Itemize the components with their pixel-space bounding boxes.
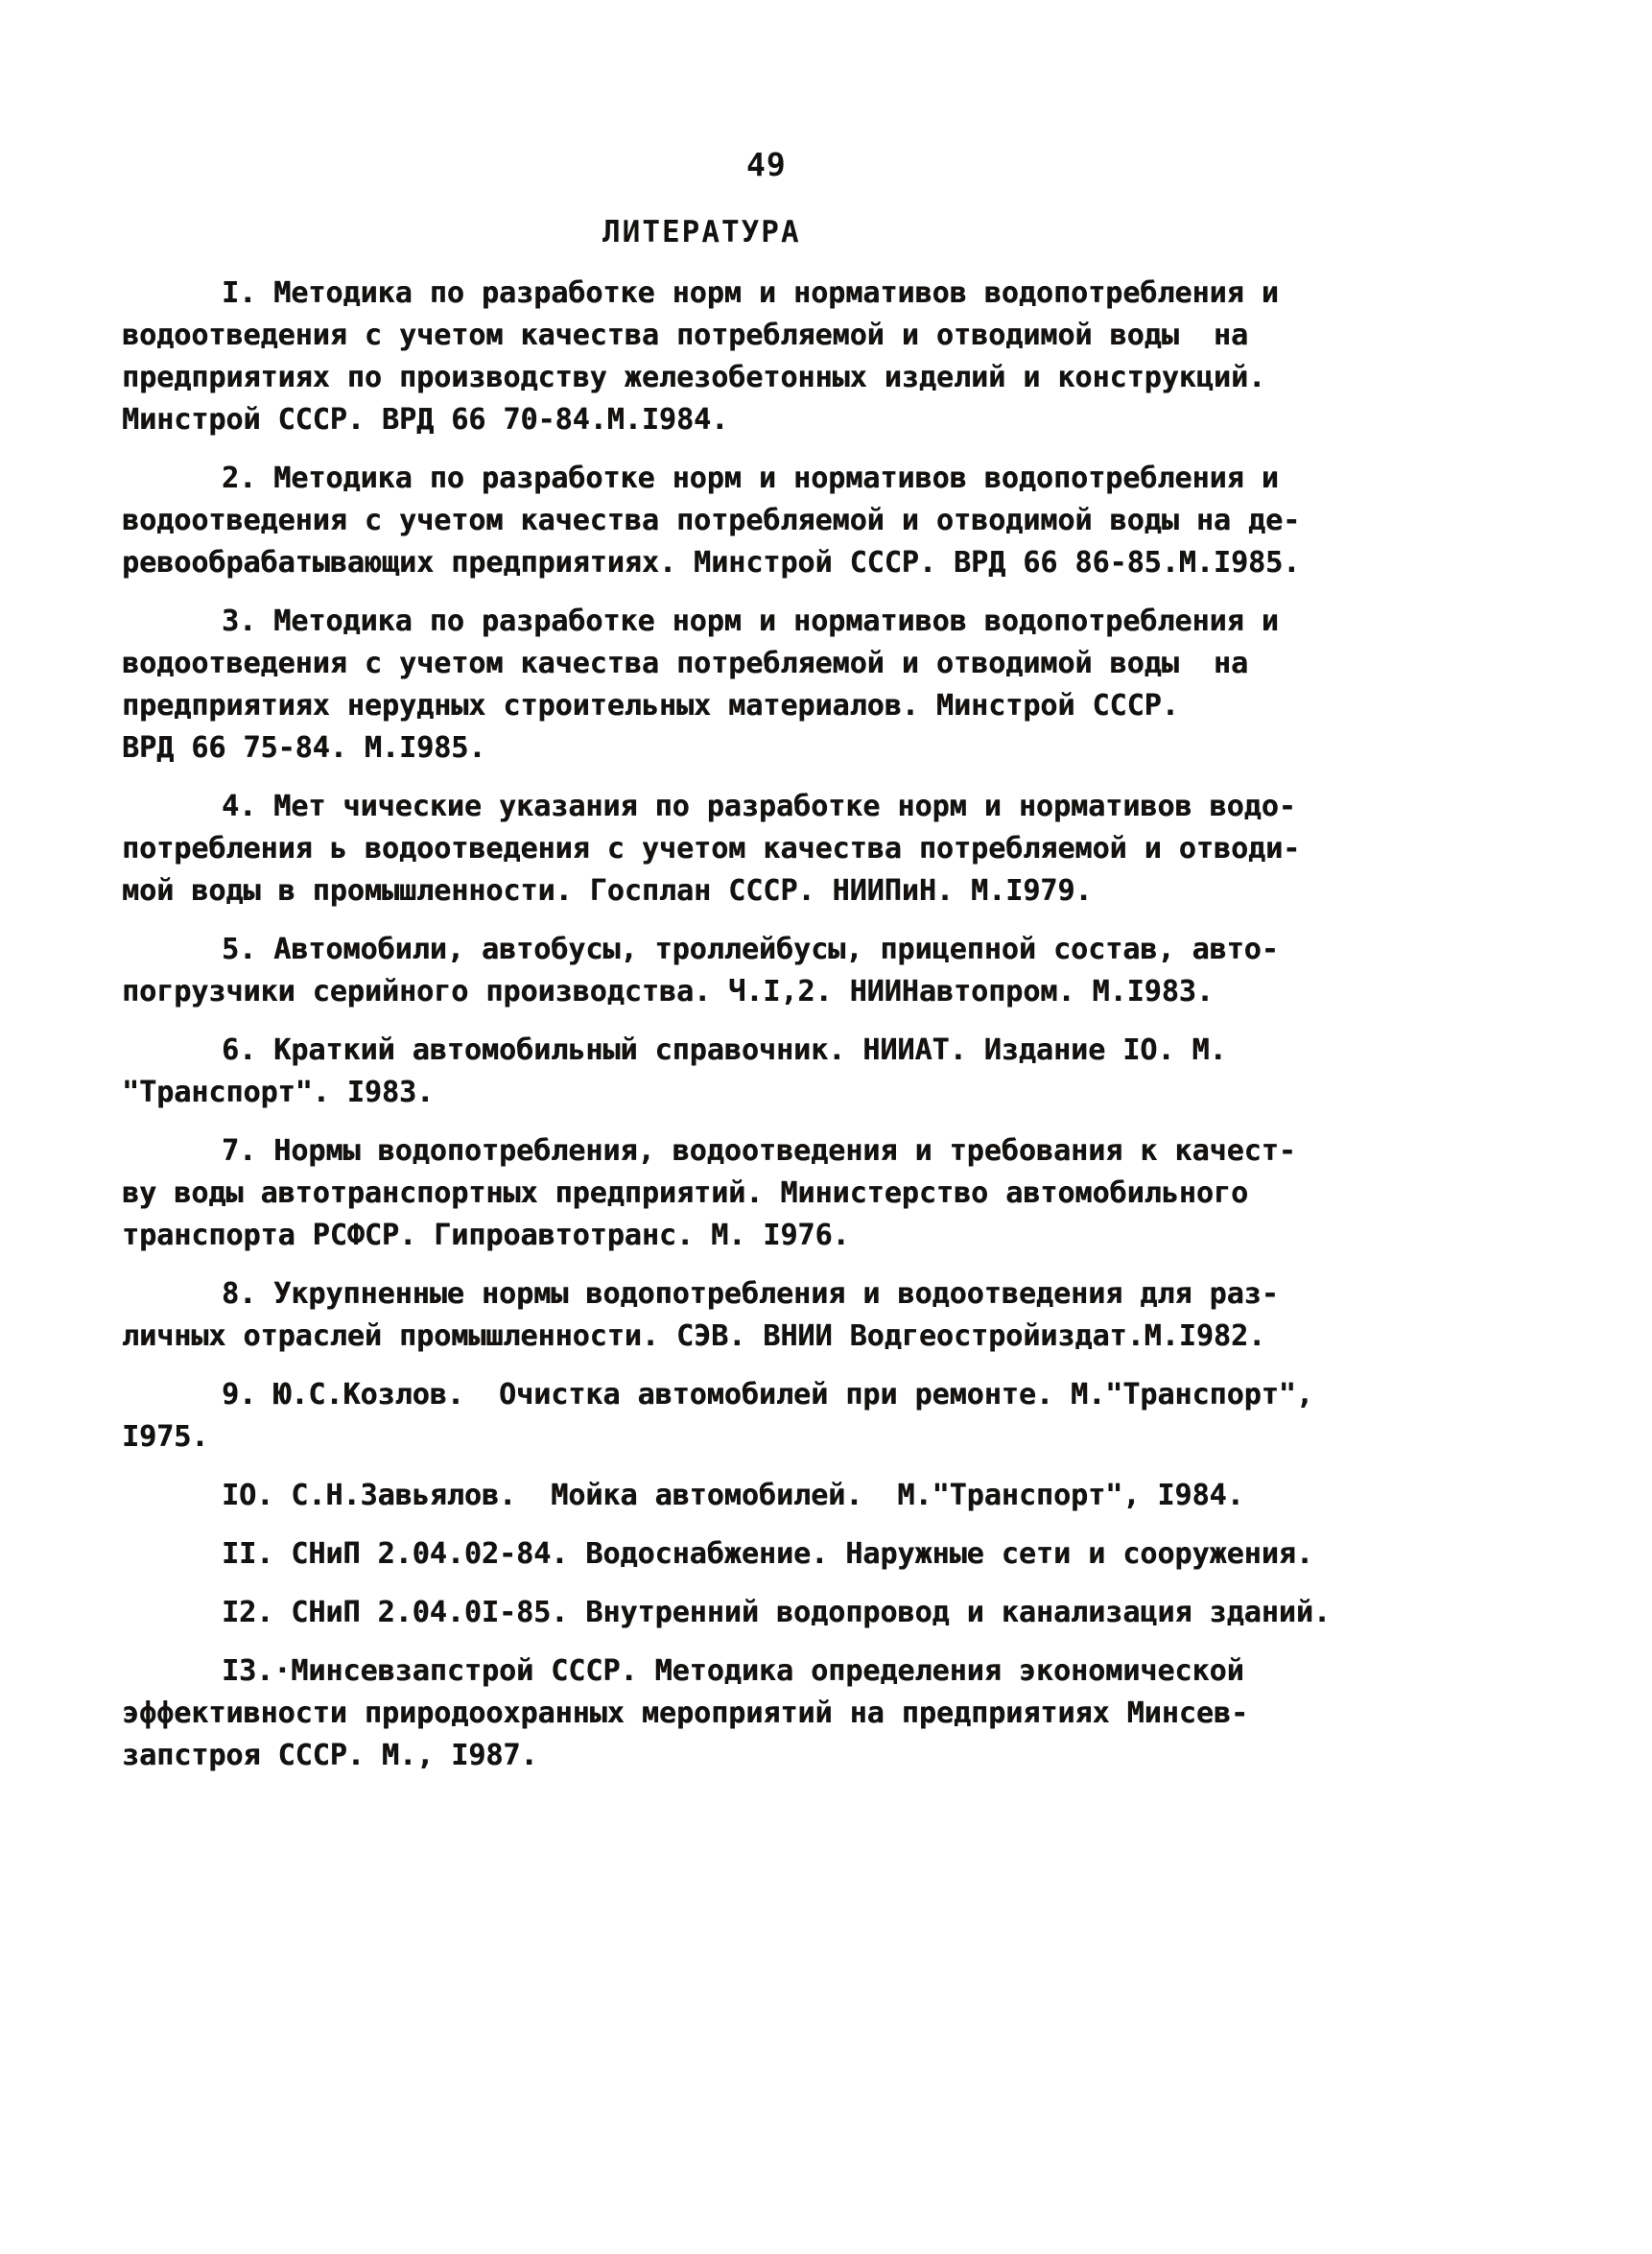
reference-line: II. СНиП 2.04.02-84. Водоснабжение. Нару…: [122, 1533, 1484, 1576]
reference-item-8: 8. Укрупненные нормы водопотребления и в…: [122, 1273, 1484, 1358]
document-title: ЛИТЕРАТУРА: [602, 215, 801, 249]
reference-item-7: 7. Нормы водопотребления, водоотведения …: [122, 1130, 1484, 1257]
reference-line: водоотведения с учетом качества потребля…: [122, 315, 1484, 357]
reference-line: 3. Методика по разработке норм и нормати…: [122, 601, 1484, 643]
reference-item-13: I3.·Минсевзапстрой СССР. Методика опреде…: [122, 1650, 1484, 1777]
reference-line: транспорта РСФСР. Гипроавтотранс. М. I97…: [122, 1215, 1484, 1257]
reference-line: "Транспорт". I983.: [122, 1072, 1484, 1114]
document-page: 49 ЛИТЕРАТУРА I. Методика по разработке …: [0, 0, 1652, 2254]
reference-line: ВРД 66 75-84. М.I985.: [122, 727, 1484, 770]
reference-line: 9. Ю.С.Козлов. Очистка автомобилей при р…: [122, 1374, 1484, 1416]
reference-line: I2. СНиП 2.04.0I-85. Внутренний водопров…: [122, 1592, 1484, 1634]
reference-list: I. Методика по разработке норм и нормати…: [122, 273, 1484, 1793]
reference-line: 8. Укрупненные нормы водопотребления и в…: [122, 1273, 1484, 1316]
reference-line: предприятиях по производству железобетон…: [122, 357, 1484, 399]
reference-line: ву воды автотранспортных предприятий. Ми…: [122, 1173, 1484, 1215]
reference-line: личных отраслей промышленности. СЭВ. ВНИ…: [122, 1316, 1484, 1358]
page-number: 49: [746, 146, 787, 183]
reference-item-6: 6. Краткий автомобильный справочник. НИИ…: [122, 1030, 1484, 1114]
reference-line: 4. Мет чические указания по разработке н…: [122, 786, 1484, 828]
reference-line: мой воды в промышленности. Госплан СССР.…: [122, 870, 1484, 913]
reference-item-2: 2. Методика по разработке норм и нормати…: [122, 458, 1484, 584]
reference-line: запстроя СССР. М., I987.: [122, 1735, 1484, 1777]
reference-line: водоотведения с учетом качества потребля…: [122, 500, 1484, 542]
reference-line: предприятиях нерудных строительных матер…: [122, 685, 1484, 727]
reference-line: I975.: [122, 1416, 1484, 1459]
reference-item-12: I2. СНиП 2.04.0I-85. Внутренний водопров…: [122, 1592, 1484, 1634]
reference-item-3: 3. Методика по разработке норм и нормати…: [122, 601, 1484, 770]
reference-item-4: 4. Мет чические указания по разработке н…: [122, 786, 1484, 913]
reference-item-5: 5. Автомобили, автобусы, троллейбусы, пр…: [122, 929, 1484, 1013]
reference-line: Минстрой СССР. ВРД 66 70-84.М.I984.: [122, 399, 1484, 441]
reference-line: потребления ь водоотведения с учетом кач…: [122, 828, 1484, 870]
reference-line: погрузчики серийного производства. Ч.I,2…: [122, 971, 1484, 1013]
reference-item-10: IO. С.Н.Завьялов. Мойка автомобилей. М."…: [122, 1475, 1484, 1517]
reference-line: 2. Методика по разработке норм и нормати…: [122, 458, 1484, 500]
reference-line: I3.·Минсевзапстрой СССР. Методика опреде…: [122, 1650, 1484, 1693]
reference-line: 6. Краткий автомобильный справочник. НИИ…: [122, 1030, 1484, 1072]
reference-line: IO. С.Н.Завьялов. Мойка автомобилей. М."…: [122, 1475, 1484, 1517]
reference-line: I. Методика по разработке норм и нормати…: [122, 273, 1484, 315]
reference-line: водоотведения с учетом качества потребля…: [122, 643, 1484, 685]
reference-line: ревообрабатывающих предприятиях. Минстро…: [122, 542, 1484, 584]
reference-item-1: I. Методика по разработке норм и нормати…: [122, 273, 1484, 441]
reference-item-11: II. СНиП 2.04.02-84. Водоснабжение. Нару…: [122, 1533, 1484, 1576]
reference-line: 5. Автомобили, автобусы, троллейбусы, пр…: [122, 929, 1484, 971]
reference-line: 7. Нормы водопотребления, водоотведения …: [122, 1130, 1484, 1173]
reference-item-9: 9. Ю.С.Козлов. Очистка автомобилей при р…: [122, 1374, 1484, 1459]
reference-line: эффективности природоохранных мероприяти…: [122, 1693, 1484, 1735]
